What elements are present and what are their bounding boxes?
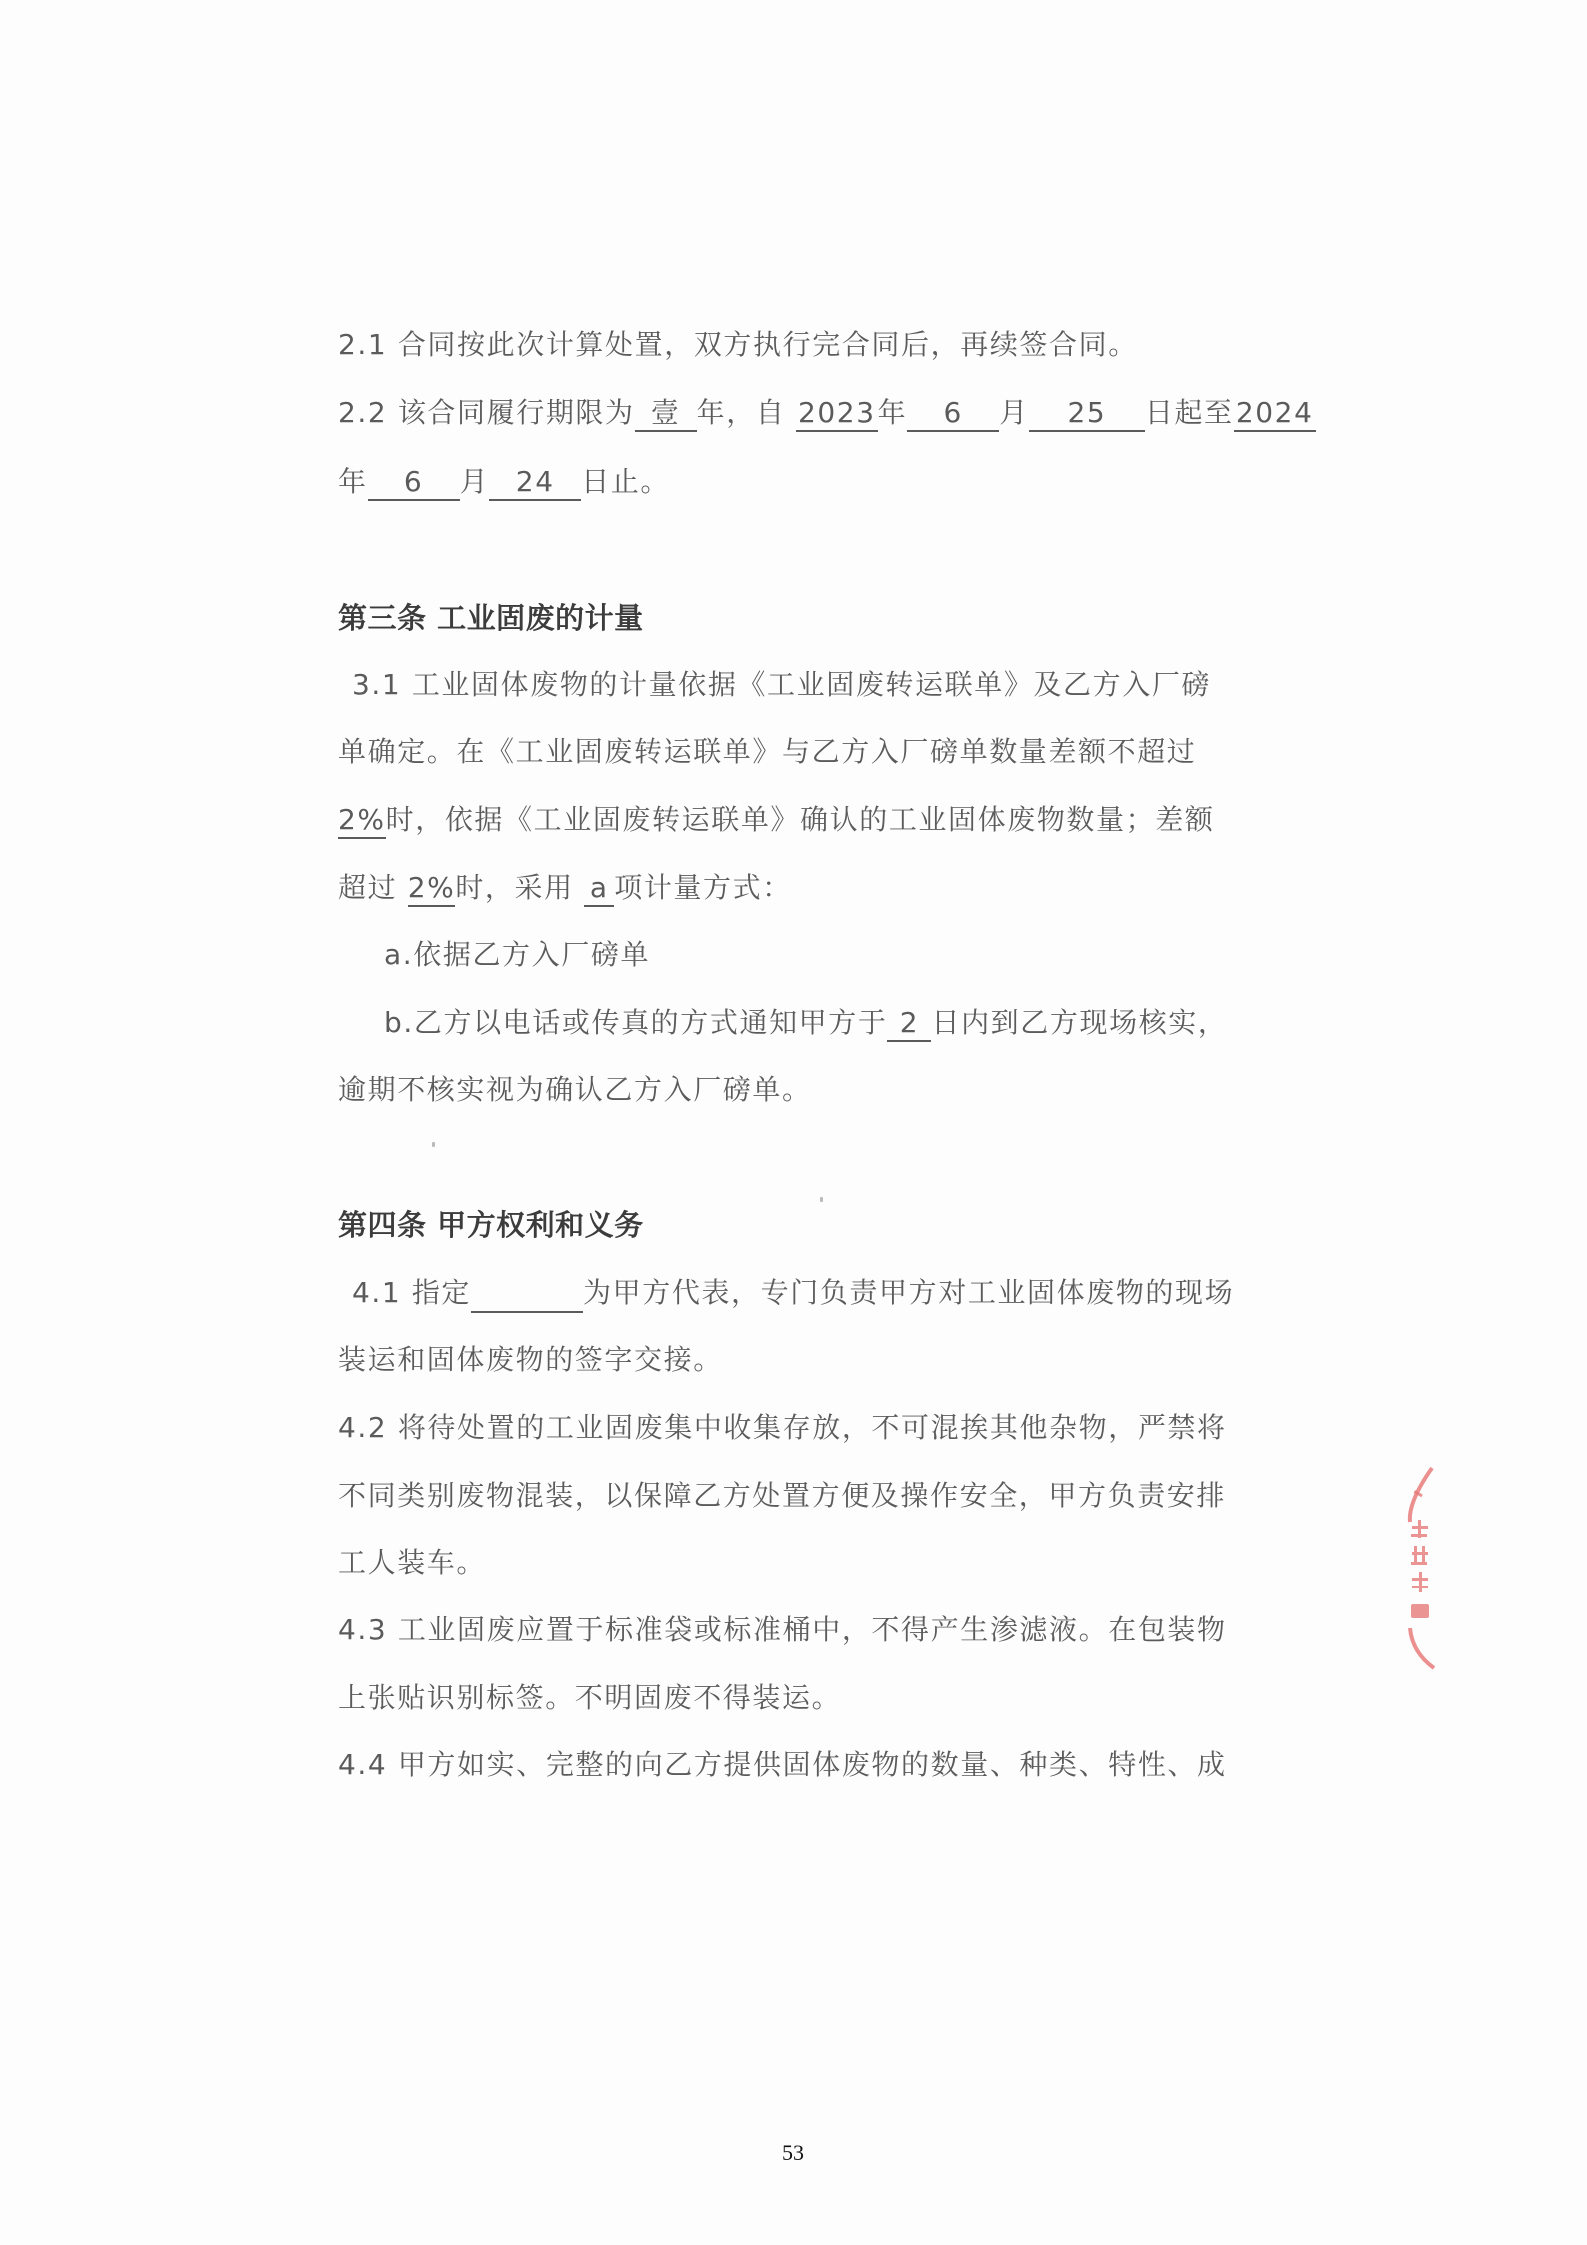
scan-speck (432, 1142, 435, 1147)
text: 时，依据《工业固废转运联单》确认的工业固体废物数量；差额 (386, 803, 1215, 836)
clause-3-1-line1: 3.1 工业固体废物的计量依据《工业固废转运联单》及乙方入厂磅 (352, 665, 1262, 705)
text: 年 (878, 396, 908, 429)
option-a: a.依据乙方入厂磅单 (384, 935, 1294, 975)
text: 月 (460, 465, 490, 498)
text: 日内到乙方现场核实， (931, 1006, 1227, 1039)
clause-3-1-line4: 超过 2%时，采用 a项计量方式： (338, 868, 1248, 908)
clause-4-2-line3: 工人装车。 (338, 1543, 1248, 1583)
measurement-option-field: a (584, 871, 614, 907)
clause-2-2-cont: 年6月24日止。 (338, 462, 1248, 502)
end-year-field: 2024 (1234, 396, 1316, 432)
clause-4-1-line2: 装运和固体废物的签字交接。 (338, 1340, 1248, 1380)
text: 项计量方式： (614, 871, 792, 904)
scan-speck (820, 1197, 823, 1202)
clause-2-2-prefix: 2.2 该合同履行期限为 (338, 396, 635, 429)
text: 月 (999, 396, 1029, 429)
end-day-field: 24 (489, 465, 581, 501)
threshold-percent-field-2: 2% (408, 871, 456, 907)
clause-3-heading: 第三条 工业固废的计量 (338, 598, 1248, 638)
clause-2-2: 2.2 该合同履行期限为壹年，自 2023年6月25日起至2024 (338, 393, 1248, 433)
clause-3-1-line3: 2%时，依据《工业固废转运联单》确认的工业固体废物数量；差额 (338, 800, 1248, 840)
text: 年，自 (697, 396, 786, 429)
representative-blank-field (471, 1277, 583, 1313)
text: 超过 (338, 871, 408, 904)
end-month-field: 6 (368, 465, 460, 501)
document-page: 2.1 合同按此次计算处置，双方执行完合同后，再续签合同。 2.2 该合同履行期… (0, 0, 1587, 2245)
clause-4-3-line2: 上张贴识别标签。不明固废不得装运。 (338, 1678, 1248, 1718)
start-day-field: 25 (1029, 396, 1145, 432)
text: 日止。 (581, 465, 670, 498)
clause-4-2-line1: 4.2 将待处置的工业固废集中收集存放，不可混挨其他杂物，严禁将 (338, 1408, 1248, 1448)
start-month-field: 6 (907, 396, 999, 432)
clause-4-1-line1: 4.1 指定为甲方代表，专门负责甲方对工业固体废物的现场 (352, 1273, 1262, 1313)
text: 4.1 指定 (352, 1276, 471, 1309)
text: 为甲方代表，专门负责甲方对工业固体废物的现场 (583, 1276, 1234, 1309)
page-number: 53 (782, 2140, 804, 2166)
clause-2-1: 2.1 合同按此次计算处置，双方执行完合同后，再续签合同。 (338, 325, 1248, 365)
contract-term-field: 壹 (635, 396, 697, 432)
text: 时，采用 (455, 871, 584, 904)
clause-4-2-line2: 不同类别废物混装，以保障乙方处置方便及操作安全，甲方负责安排 (338, 1476, 1248, 1516)
option-b-cont: 逾期不核实视为确认乙方入厂磅单。 (338, 1070, 1248, 1110)
clause-3-1-line2: 单确定。在《工业固废转运联单》与乙方入厂磅单数量差额不超过 (338, 732, 1248, 772)
start-year-field: 2023 (796, 396, 878, 432)
threshold-percent-field: 2% (338, 803, 386, 839)
seal-stamp-icon (1398, 1462, 1440, 1674)
option-b: b.乙方以电话或传真的方式通知甲方于2日内到乙方现场核实， (384, 1003, 1294, 1043)
clause-4-heading: 第四条 甲方权利和义务 (338, 1205, 1248, 1245)
text: 年 (338, 465, 368, 498)
verification-days-field: 2 (887, 1006, 931, 1042)
clause-4-4-line1: 4.4 甲方如实、完整的向乙方提供固体废物的数量、种类、特性、成 (338, 1745, 1248, 1785)
text: b.乙方以电话或传真的方式通知甲方于 (384, 1006, 887, 1039)
text: 日起至 (1145, 396, 1234, 429)
clause-4-3-line1: 4.3 工业固废应置于标准袋或标准桶中，不得产生渗滤液。在包装物 (338, 1610, 1248, 1650)
